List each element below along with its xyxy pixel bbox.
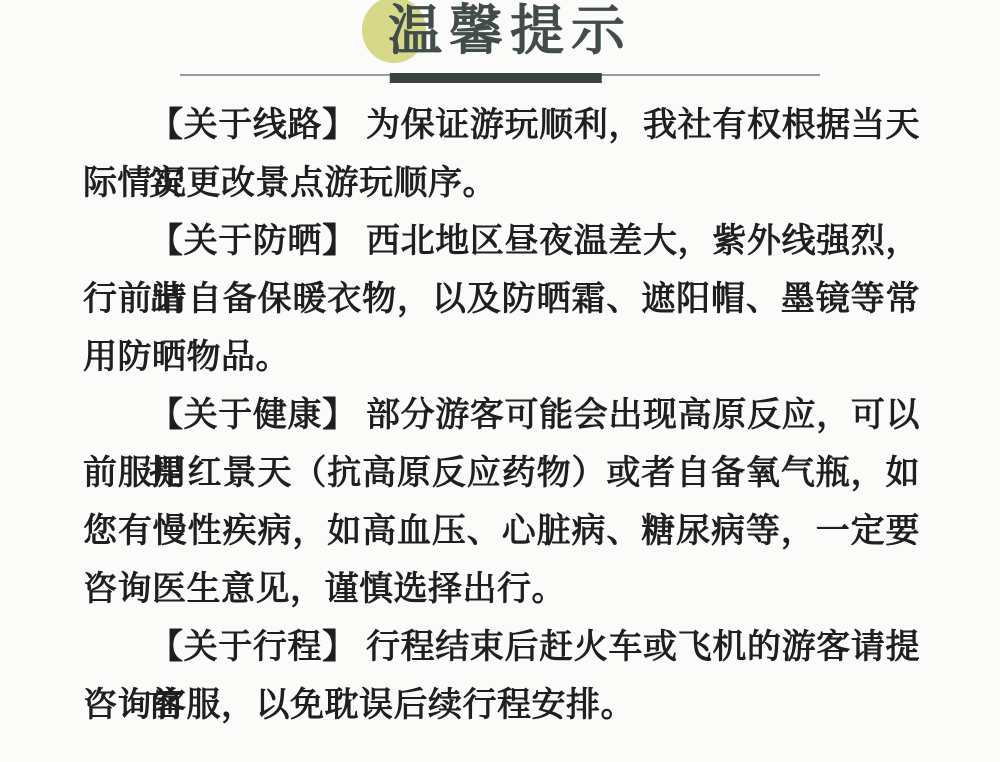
paragraph-health-line-3: 您有慢性疾病，如高血压、心脏病、糖尿病等，一定要 — [83, 503, 920, 561]
paragraph-health-line-4: 咨询医生意见，谨慎选择出行。 — [83, 561, 920, 619]
paragraph-sun-protection: 【关于防晒】 西北地区昼夜温差大，紫外线强烈，出 行前请自备保暖衣物，以及防晒霜… — [83, 213, 920, 387]
page-header: 温馨提示 — [0, 0, 1000, 86]
paragraph-route-line-2: 际情况更改景点游玩顺序。 — [83, 155, 920, 213]
paragraph-health: 【关于健康】 部分游客可能会出现高原反应，可以提 前服用红景天（抗高原反应药物）… — [83, 387, 920, 619]
paragraph-sun-line-1: 【关于防晒】 西北地区昼夜温差大，紫外线强烈，出 — [83, 213, 920, 271]
paragraph-itinerary-line-2: 咨询客服，以免耽误后续行程安排。 — [83, 677, 920, 735]
title-divider — [0, 72, 1000, 86]
page-title: 温馨提示 — [10, 0, 1000, 62]
paragraph-health-line-2: 前服用红景天（抗高原反应药物）或者自备氧气瓶，如 — [83, 445, 920, 503]
paragraph-itinerary: 【关于行程】 行程结束后赶火车或飞机的游客请提前 咨询客服，以免耽误后续行程安排… — [83, 619, 920, 735]
paragraph-route: 【关于线路】 为保证游玩顺利，我社有权根据当天实 际情况更改景点游玩顺序。 — [83, 97, 920, 213]
tips-content: 【关于线路】 为保证游玩顺利，我社有权根据当天实 际情况更改景点游玩顺序。 【关… — [0, 97, 1000, 735]
paragraph-sun-line-2: 行前请自备保暖衣物，以及防晒霜、遮阳帽、墨镜等常 — [83, 271, 920, 329]
paragraph-route-line-1: 【关于线路】 为保证游玩顺利，我社有权根据当天实 — [83, 97, 920, 155]
paragraph-itinerary-line-1: 【关于行程】 行程结束后赶火车或飞机的游客请提前 — [83, 619, 920, 677]
divider-thick-bar — [390, 73, 602, 83]
paragraph-sun-line-3: 用防晒物品。 — [83, 329, 920, 387]
warm-tips-page: 温馨提示 【关于线路】 为保证游玩顺利，我社有权根据当天实 际情况更改景点游玩顺… — [0, 0, 1000, 762]
paragraph-health-line-1: 【关于健康】 部分游客可能会出现高原反应，可以提 — [83, 387, 920, 445]
